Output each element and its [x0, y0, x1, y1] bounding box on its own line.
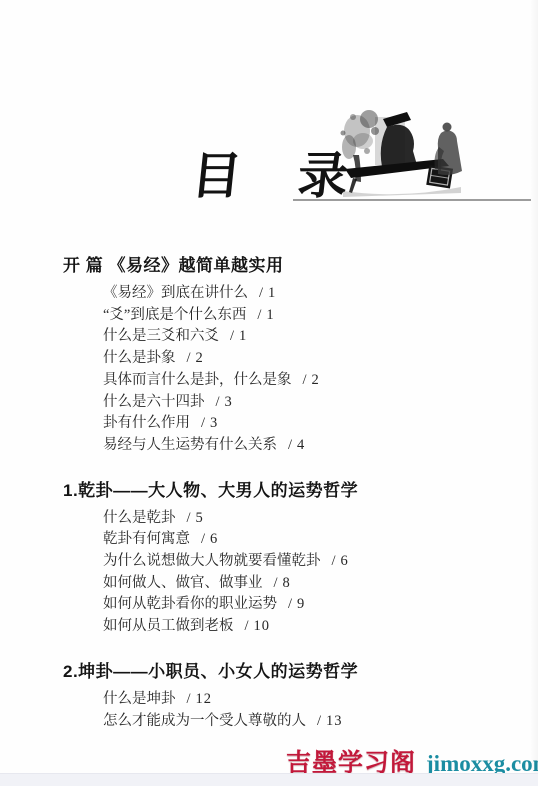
toc-item-label: 卦有什么作用 — [103, 415, 190, 431]
toc-item-label: 什么是六十四卦 — [103, 394, 205, 410]
table-of-contents: 开 篇 《易经》越简单越实用 《易经》到底在讲什么/1 “爻”到底是个什么东西/… — [63, 256, 513, 756]
toc-item: 如何从乾卦看你的职业运势/9 — [63, 594, 513, 616]
toc-item-label: 乾卦有何寓意 — [103, 531, 190, 547]
toc-item-separator: / — [201, 415, 205, 431]
toc-item-separator: / — [332, 553, 336, 569]
toc-item-label: 什么是卦象 — [103, 350, 176, 366]
toc-item: 怎么才能成为一个受人尊敬的人/13 — [63, 711, 513, 733]
toc-item: 易经与人生运势有什么关系/4 — [63, 435, 513, 457]
toc-section: 2.坤卦——小职员、小女人的运势哲学 什么是坤卦/12 怎么才能成为一个受人尊敬… — [63, 662, 513, 732]
ink-painting-scholars-illustration — [323, 103, 473, 203]
toc-item-label: 什么是乾卦 — [103, 510, 176, 526]
toc-item-separator: / — [288, 596, 292, 612]
toc-item-separator: / — [245, 618, 249, 634]
toc-item: 卦有什么作用/3 — [63, 413, 513, 435]
toc-item-page-number: 4 — [297, 437, 305, 453]
toc-item-separator: / — [303, 372, 307, 388]
toc-item-label: 如何从员工做到老板 — [103, 618, 234, 634]
toc-item-label: 易经与人生运势有什么关系 — [103, 437, 277, 453]
toc-item: 如何从员工做到老板/10 — [63, 616, 513, 638]
toc-item-page-number: 1 — [239, 328, 247, 344]
toc-section: 1.乾卦——大人物、大男人的运势哲学 什么是乾卦/5 乾卦有何寓意/6 为什么说… — [63, 481, 513, 638]
toc-item: 为什么说想做大人物就要看懂乾卦/6 — [63, 551, 513, 573]
toc-item-page-number: 5 — [196, 510, 204, 526]
toc-item-label: 怎么才能成为一个受人尊敬的人 — [103, 713, 306, 729]
toc-item-page-number: 6 — [210, 531, 218, 547]
toc-item: 具体而言什么是卦，什么是象/2 — [63, 370, 513, 392]
toc-section-heading: 1.乾卦——大人物、大男人的运势哲学 — [63, 481, 513, 500]
toc-item-label: “爻”到底是个什么东西 — [103, 307, 246, 323]
toc-item-label: 《易经》到底在讲什么 — [103, 285, 248, 301]
toc-item-page-number: 6 — [341, 553, 349, 569]
toc-item-separator: / — [274, 575, 278, 591]
scanned-book-page: 目 录 — [0, 0, 538, 786]
toc-item-page-number: 9 — [297, 596, 305, 612]
toc-item-separator: / — [259, 285, 263, 301]
toc-section-items: 什么是坤卦/12 怎么才能成为一个受人尊敬的人/13 — [63, 689, 513, 732]
toc-item-separator: / — [216, 394, 220, 410]
toc-item-separator: / — [187, 691, 191, 707]
toc-item: 什么是坤卦/12 — [63, 689, 513, 711]
toc-section-items: 《易经》到底在讲什么/1 “爻”到底是个什么东西/1 什么是三爻和六爻/1 什么… — [63, 283, 513, 457]
toc-section-items: 什么是乾卦/5 乾卦有何寓意/6 为什么说想做大人物就要看懂乾卦/6 如何做人、… — [63, 508, 513, 638]
toc-item: 什么是卦象/2 — [63, 348, 513, 370]
toc-item-page-number: 8 — [283, 575, 291, 591]
toc-item-page-number: 2 — [312, 372, 320, 388]
page-edge-shading — [530, 0, 538, 786]
toc-item: 什么是三爻和六爻/1 — [63, 326, 513, 348]
toc-item: 《易经》到底在讲什么/1 — [63, 283, 513, 305]
scan-bottom-strip — [0, 773, 538, 786]
toc-item-separator: / — [257, 307, 261, 323]
toc-item-label: 具体而言什么是卦，什么是象 — [103, 372, 292, 388]
toc-item-label: 什么是三爻和六爻 — [103, 328, 219, 344]
toc-item: 什么是六十四卦/3 — [63, 392, 513, 414]
title-divider-rule — [293, 199, 531, 201]
toc-item-page-number: 13 — [326, 713, 343, 729]
toc-section: 开 篇 《易经》越简单越实用 《易经》到底在讲什么/1 “爻”到底是个什么东西/… — [63, 256, 513, 457]
toc-item-page-number: 3 — [210, 415, 218, 431]
toc-item-separator: / — [317, 713, 321, 729]
toc-item: 乾卦有何寓意/6 — [63, 529, 513, 551]
toc-item-page-number: 12 — [196, 691, 213, 707]
toc-item-separator: / — [201, 531, 205, 547]
toc-item-label: 为什么说想做大人物就要看懂乾卦 — [103, 553, 321, 569]
toc-item-page-number: 10 — [254, 618, 271, 634]
toc-item-label: 如何从乾卦看你的职业运势 — [103, 596, 277, 612]
toc-item-page-number: 1 — [266, 307, 274, 323]
toc-section-heading: 开 篇 《易经》越简单越实用 — [63, 256, 513, 275]
toc-item: 什么是乾卦/5 — [63, 508, 513, 530]
toc-item-page-number: 3 — [225, 394, 233, 410]
toc-item-separator: / — [288, 437, 292, 453]
toc-section-heading: 2.坤卦——小职员、小女人的运势哲学 — [63, 662, 513, 681]
toc-item-page-number: 1 — [268, 285, 276, 301]
toc-item-separator: / — [187, 510, 191, 526]
toc-item-separator: / — [230, 328, 234, 344]
toc-item-page-number: 2 — [196, 350, 204, 366]
toc-item: 如何做人、做官、做事业/8 — [63, 573, 513, 595]
toc-item-label: 什么是坤卦 — [103, 691, 176, 707]
toc-item: “爻”到底是个什么东西/1 — [63, 305, 513, 327]
toc-item-separator: / — [187, 350, 191, 366]
toc-item-label: 如何做人、做官、做事业 — [103, 575, 263, 591]
